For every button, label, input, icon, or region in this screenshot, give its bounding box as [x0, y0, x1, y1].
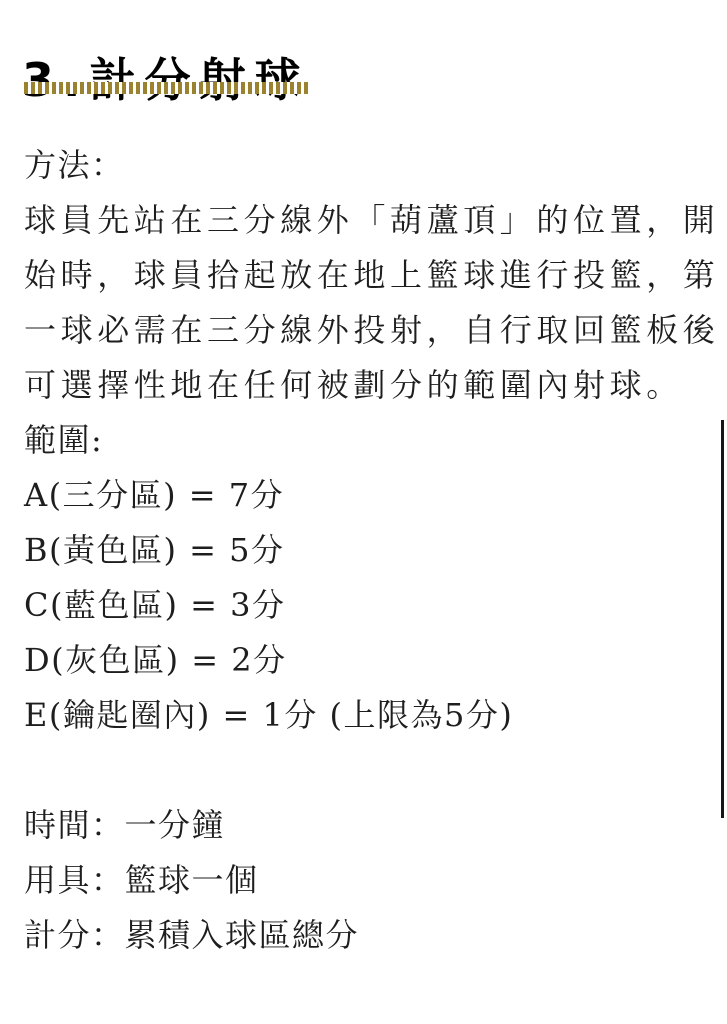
text-line-method-4: 可選擇性地在任何被劃分的範圍內射球。	[24, 358, 726, 413]
text-line-blank	[24, 743, 726, 798]
document-page: 3.計分射球 方法： 球員先站在三分線外「葫蘆頂」的位置，開 始時，球員拾起放在…	[0, 0, 727, 1024]
text-line-equipment: 用具：籃球一個	[24, 853, 726, 908]
text-line-method-3: 一球必需在三分線外投射，自行取回籃板後	[24, 303, 726, 358]
right-edge-rule	[721, 420, 724, 818]
text-line-method-1: 球員先站在三分線外「葫蘆頂」的位置，開	[24, 193, 726, 248]
text-line-scoring: 計分：累積入球區總分	[24, 908, 726, 963]
text-line-zone-c: C(藍色區) = 3分	[24, 578, 726, 633]
text-line-zone-b: B(黃色區) = 5分	[24, 523, 726, 578]
text-line-method-label: 方法：	[24, 138, 726, 193]
text-line-range-label: 範圍:	[24, 413, 726, 468]
text-line-time: 時間：一分鐘	[24, 798, 726, 853]
text-line-zone-e: E(鑰匙圈內) = 1分 (上限為5分)	[24, 688, 726, 743]
text-line-zone-d: D(灰色區) = 2分	[24, 633, 726, 688]
body-text: 方法： 球員先站在三分線外「葫蘆頂」的位置，開 始時，球員拾起放在地上籃球進行投…	[24, 138, 726, 963]
page-title: 3.計分射球	[22, 51, 309, 109]
text-line-method-2: 始時，球員拾起放在地上籃球進行投籃，第	[24, 248, 726, 303]
title-underline-stripes	[24, 82, 308, 94]
text-line-zone-a: A(三分區) = 7分	[24, 468, 726, 523]
